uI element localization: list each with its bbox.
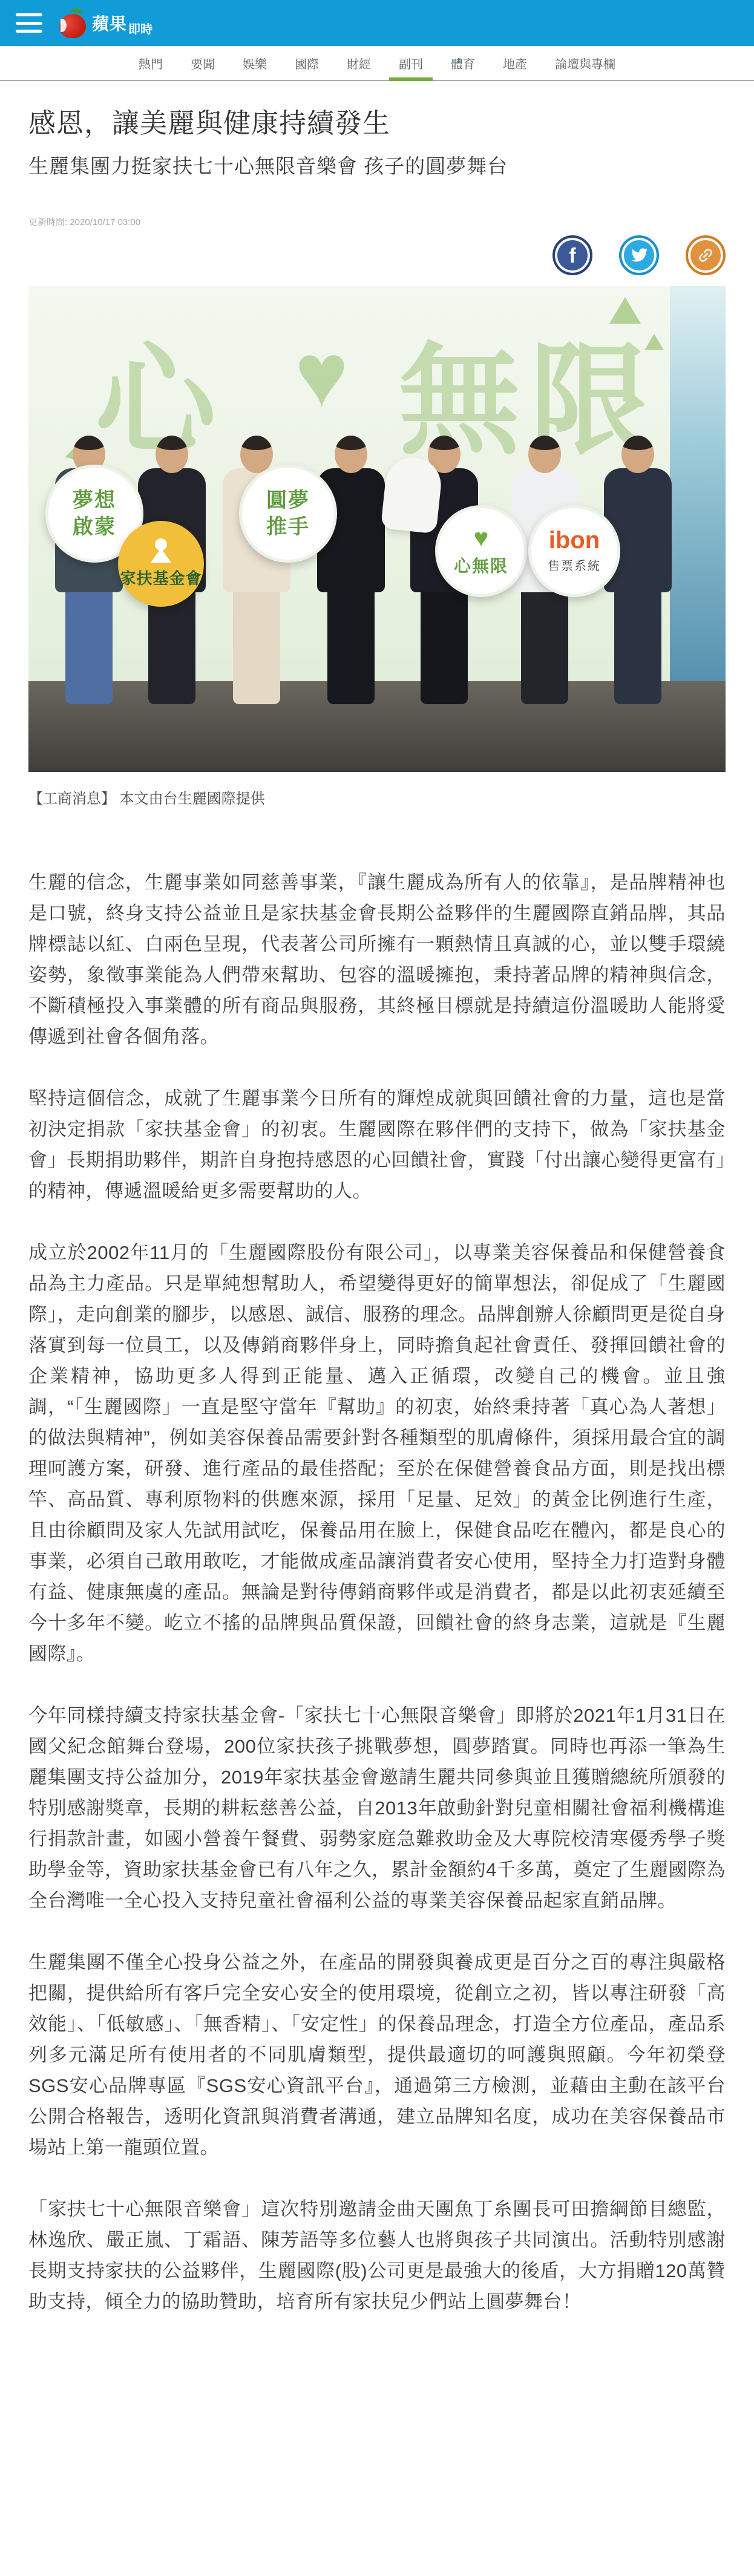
sign-dream-pusher: 圓夢推手 (239, 465, 337, 563)
share-facebook-icon[interactable]: f (552, 235, 592, 275)
page-subtitle: 生麗集團力挺家扶七十心無限音樂會 孩子的圓夢舞台 (28, 151, 726, 179)
apple-logo-icon (59, 8, 86, 38)
article-paragraph: 堅持這個信念，成就了生麗事業今日所有的輝煌成就與回饋社會的力量，這也是當初決定捐… (28, 1083, 726, 1206)
twitter-bird-icon (630, 246, 648, 264)
app-header: 蘋果 即時 (0, 0, 754, 46)
nav-item-news[interactable]: 要聞 (191, 46, 215, 80)
article-body: 生麗的信念，生麗事業如同慈善事業，『讓生麗成為所有人的依靠』，是品牌精神也是口號… (28, 867, 726, 2359)
article-paragraph: 生麗的信念，生麗事業如同慈善事業，『讓生麗成為所有人的依靠』，是品牌精神也是口號… (28, 867, 726, 1052)
heart-icon: ♥ (474, 525, 489, 551)
brand-logo[interactable]: 蘋果 即時 (59, 8, 152, 38)
backdrop-triangle (609, 297, 641, 324)
article-paragraph: 「家扶七十心無限音樂會」這次特別邀請金曲天團魚丁糸團長可田擔綱節目總監，林逸欣、… (28, 2194, 726, 2317)
sign-ccf: 家扶基金會 (118, 521, 204, 607)
updated-timestamp: 更新時間: 2020/10/17 03:00 (28, 215, 726, 228)
nav-item-supplement[interactable]: 副刊 (399, 46, 423, 80)
share-row: f (28, 235, 726, 275)
article-main: 感恩，讓美麗與健康持續發生 生麗集團力挺家扶七十心無限音樂會 孩子的圓夢舞台 更… (28, 105, 726, 2359)
nav-item-entertainment[interactable]: 娛樂 (243, 46, 267, 80)
sign-heart-unlimited: ♥ 心無限 (435, 505, 527, 597)
backdrop-heart-icon: ♥ (295, 322, 349, 427)
ccf-figure-icon (155, 538, 167, 551)
menu-icon[interactable] (16, 13, 42, 33)
article-paragraph: 今年同樣持續支持家扶基金會-「家扶七十心無限音樂會」即將於2021年1月31日在… (28, 1700, 726, 1916)
backdrop-triangle (644, 334, 663, 350)
nav-item-finance[interactable]: 財經 (347, 46, 371, 80)
person-figure (312, 436, 390, 704)
side-banner (670, 286, 726, 685)
photo-caption: 【工商消息】 本文由台生麗國際提供 (28, 786, 726, 808)
chain-link-icon (693, 243, 718, 268)
share-copy-link-icon[interactable] (686, 235, 726, 275)
brand-title: 蘋果 (92, 11, 127, 35)
article-photo: 心 ♥ 無 限 夢想啟蒙 家扶基金會 圓夢推手 ♥ 心無限 i (28, 286, 726, 772)
nav-item-international[interactable]: 國際 (295, 46, 319, 80)
article-paragraph: 生麗集團不僅全心投身公益之外，在產品的開發與養成更是百分之百的專注與嚴格把關，提… (28, 1947, 726, 2163)
nav-item-hot[interactable]: 熱門 (139, 46, 163, 80)
article-paragraph: 成立於2002年11月的「生麗國際股份有限公司」，以專業美容保養品和保健營養食品… (28, 1237, 726, 1669)
page-title: 感恩，讓美麗與健康持續發生 (28, 105, 726, 142)
main-nav: 熱門 要聞 娛樂 國際 財經 副刊 體育 地產 論壇與專欄 (0, 46, 754, 81)
share-twitter-icon[interactable] (619, 235, 659, 275)
sign-ibon: ibon 售票系統 (528, 505, 620, 597)
brand-subtitle: 即時 (128, 19, 152, 38)
nav-item-sports[interactable]: 體育 (451, 46, 475, 80)
nav-item-forum[interactable]: 論壇與專欄 (555, 46, 615, 80)
nav-item-property[interactable]: 地產 (503, 46, 527, 80)
